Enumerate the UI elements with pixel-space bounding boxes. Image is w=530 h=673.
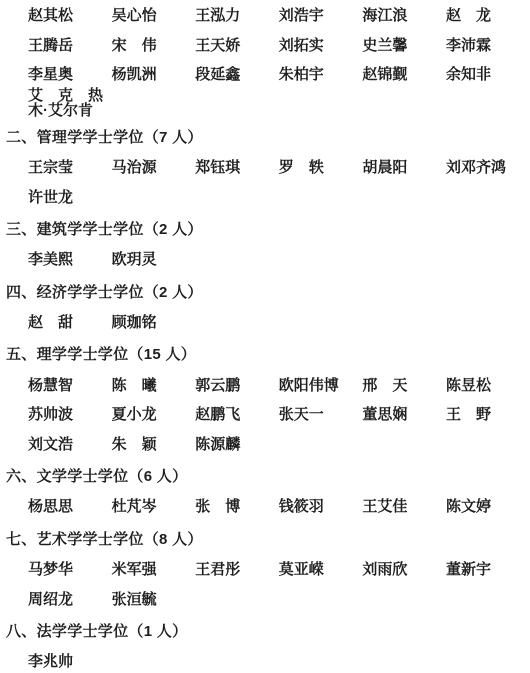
graduate-name: 李兆帅 [28, 650, 112, 671]
graduate-name: 陈 曦 [112, 374, 196, 395]
graduate-name: 罗 轶 [279, 156, 363, 177]
graduate-name: 赵其松 [28, 4, 112, 25]
graduate-name: 马梦华 [28, 558, 112, 579]
name-row: 杨慧智 陈 曦 郭云鹏 欧阳伟博 邢 天 陈昱松 [0, 370, 530, 399]
graduate-name: 海江浪 [362, 4, 446, 25]
graduate-name: 赵锦觐 [362, 63, 446, 84]
graduate-name: 王 野 [446, 403, 530, 424]
section-header: 二、管理学学士学位（7 人） [0, 123, 530, 152]
graduate-name: 马治源 [112, 156, 196, 177]
graduate-name: 王泓力 [195, 4, 279, 25]
name-row: 李兆帅 [0, 646, 530, 673]
graduate-name: 吴心怡 [112, 4, 196, 25]
graduate-name: 赵 龙 [446, 4, 530, 25]
graduate-name: 陈源麟 [195, 433, 279, 454]
graduate-name: 夏小龙 [112, 403, 196, 424]
graduate-name: 邢 天 [362, 374, 446, 395]
graduate-name: 周绍龙 [28, 588, 112, 609]
graduate-name: 朱柏宇 [279, 63, 363, 84]
name-row: 赵其松 吴心怡 王泓力 刘浩宇 海江浪 赵 龙 [0, 0, 530, 29]
graduate-name: 张天一 [279, 403, 363, 424]
name-row: 周绍龙 张洹毓 [0, 583, 530, 612]
graduate-name: 陈昱松 [446, 374, 530, 395]
graduate-name: 王君彤 [195, 558, 279, 579]
graduate-name: 郑钰琪 [195, 156, 279, 177]
graduate-name-wrapped-line-2: 木·艾尔肯 [0, 103, 530, 118]
graduate-name: 董新宇 [446, 558, 530, 579]
section-architecture-degree: 三、建筑学学士学位（2 人） 李美熙 欧玥灵 [0, 215, 530, 274]
graduate-name: 王天娇 [195, 34, 279, 55]
graduate-name: 王腾岳 [28, 34, 112, 55]
graduate-name: 刘浩宇 [279, 4, 363, 25]
graduate-name: 朱 颖 [112, 433, 196, 454]
graduate-name: 杜芃岑 [112, 495, 196, 516]
graduate-name: 胡晨阳 [362, 156, 446, 177]
graduate-name: 米军强 [112, 558, 196, 579]
graduate-name: 刘邓齐鸿 [446, 156, 530, 177]
section-header: 四、经济学学士学位（2 人） [0, 278, 530, 307]
section-header: 五、理学学士学位（15 人） [0, 340, 530, 369]
graduate-name: 张洹毓 [112, 588, 196, 609]
name-row: 王腾岳 宋 伟 王天娇 刘拓实 史兰馨 李沛霖 [0, 29, 530, 58]
name-row: 李星奥 杨凯洲 段延鑫 朱柏宇 赵锦觐 余知非 [0, 59, 530, 88]
graduate-name: 李星奥 [28, 63, 112, 84]
section-literature-degree: 六、文学学士学位（6 人） 杨思思 杜芃岑 张 博 钱筱羽 王艾佳 陈文婷 [0, 462, 530, 521]
section-economics-degree: 四、经济学学士学位（2 人） 赵 甜 顾珈铭 [0, 278, 530, 337]
graduate-name: 莫亚嵘 [279, 558, 363, 579]
graduate-name: 陈文婷 [446, 495, 530, 516]
section-management-degree: 二、管理学学士学位（7 人） 王宗莹 马治源 郑钰琪 罗 轶 胡晨阳 刘邓齐鸿 … [0, 123, 530, 211]
graduate-name: 欧玥灵 [112, 248, 196, 269]
section-header: 七、艺术学学士学位（8 人） [0, 525, 530, 554]
graduate-name: 杨思思 [28, 495, 112, 516]
graduate-name: 余知非 [446, 63, 530, 84]
graduate-name: 杨慧智 [28, 374, 112, 395]
name-row: 赵 甜 顾珈铭 [0, 307, 530, 336]
graduate-name: 王宗莹 [28, 156, 112, 177]
graduate-name: 史兰馨 [362, 34, 446, 55]
graduate-name: 李沛霖 [446, 34, 530, 55]
graduate-name: 宋 伟 [112, 34, 196, 55]
graduate-name: 王艾佳 [362, 495, 446, 516]
graduate-name: 段延鑫 [195, 63, 279, 84]
section-header: 三、建筑学学士学位（2 人） [0, 215, 530, 244]
section-law-degree: 八、法学学士学位（1 人） 李兆帅 [0, 617, 530, 673]
graduate-name: 许世龙 [28, 186, 112, 207]
graduate-name: 张 博 [195, 495, 279, 516]
graduate-name: 欧阳伟博 [279, 374, 363, 395]
name-row: 王宗莹 马治源 郑钰琪 罗 轶 胡晨阳 刘邓齐鸿 [0, 152, 530, 181]
graduate-name: 李美熙 [28, 248, 112, 269]
graduate-name: 杨凯洲 [112, 63, 196, 84]
name-row: 马梦华 米军强 王君彤 莫亚嵘 刘雨欣 董新宇 [0, 554, 530, 583]
graduate-name: 苏帅波 [28, 403, 112, 424]
name-row: 许世龙 [0, 181, 530, 210]
graduate-name: 董思娴 [362, 403, 446, 424]
graduate-name: 刘雨欣 [362, 558, 446, 579]
graduate-name: 刘文浩 [28, 433, 112, 454]
name-row: 李美熙 欧玥灵 [0, 244, 530, 273]
graduate-name: 刘拓实 [279, 34, 363, 55]
graduate-name: 赵鹏飞 [195, 403, 279, 424]
graduate-name: 郭云鹏 [195, 374, 279, 395]
graduate-name: 赵 甜 [28, 311, 112, 332]
name-row: 刘文浩 朱 颖 陈源麟 [0, 428, 530, 457]
degree-list-document: 赵其松 吴心怡 王泓力 刘浩宇 海江浪 赵 龙 王腾岳 宋 伟 王天娇 刘拓实 … [0, 0, 530, 673]
name-row: 杨思思 杜芃岑 张 博 钱筱羽 王艾佳 陈文婷 [0, 491, 530, 520]
section-science-degree: 五、理学学士学位（15 人） 杨慧智 陈 曦 郭云鹏 欧阳伟博 邢 天 陈昱松 … [0, 340, 530, 458]
section-header: 六、文学学士学位（6 人） [0, 462, 530, 491]
graduate-name: 钱筱羽 [279, 495, 363, 516]
section-continued: 赵其松 吴心怡 王泓力 刘浩宇 海江浪 赵 龙 王腾岳 宋 伟 王天娇 刘拓实 … [0, 0, 530, 119]
section-header: 八、法学学士学位（1 人） [0, 617, 530, 646]
name-row: 苏帅波 夏小龙 赵鹏飞 张天一 董思娴 王 野 [0, 399, 530, 428]
graduate-name: 顾珈铭 [112, 311, 196, 332]
section-arts-degree: 七、艺术学学士学位（8 人） 马梦华 米军强 王君彤 莫亚嵘 刘雨欣 董新宇 周… [0, 525, 530, 613]
